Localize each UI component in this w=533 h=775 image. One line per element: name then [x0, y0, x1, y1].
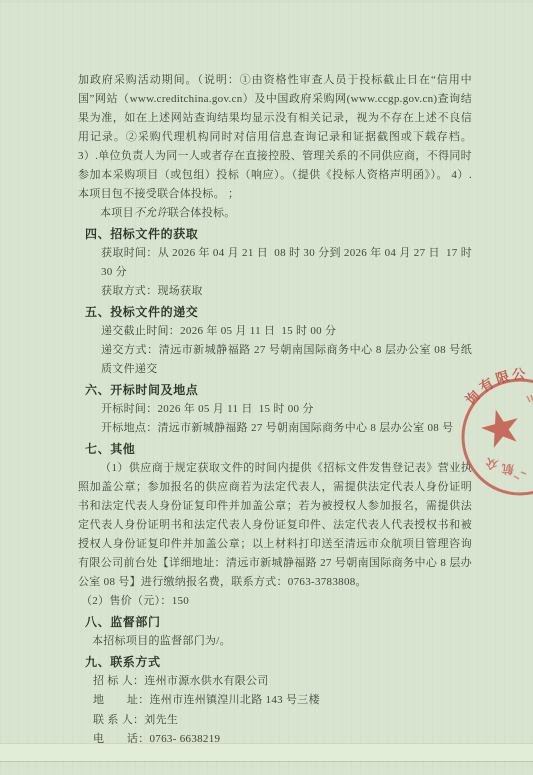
submit-method-line: 递交方式：清远市新城静福路 27 号朝南国际商务中心 8 层办公室 08 号纸质…: [101, 341, 472, 379]
note-suffix: 联合体投标。: [168, 207, 236, 219]
scanned-document-page: 加政府采购活动期间。（说明：①由资格性审查人员于投标截止日在“信用中国”网站（w…: [0, 0, 533, 775]
section-heading-bid-opening: 六、开标时间及地点: [85, 381, 472, 400]
seal-arc-char: 有: [476, 374, 496, 395]
seal-ring: [463, 380, 533, 494]
other-item-2-price: （2）售价（元）：150: [81, 592, 472, 611]
document-content: 加政府采购活动期间。（说明：①由资格性审查人员于投标截止日在“信用中国”网站（w…: [78, 71, 472, 750]
scan-artifact-band: [0, 743, 533, 762]
section-heading-supervision: 八、监督部门: [85, 613, 472, 632]
section-heading-other: 七、其他: [85, 440, 472, 459]
seal-bottom-char: 众: [484, 455, 500, 473]
obtain-method-line: 获取方式：现场获取: [101, 282, 472, 301]
seal-arc-char: 公: [511, 367, 526, 383]
seal-arc-char: 限: [494, 368, 512, 386]
section-heading-contact: 九、联系方式: [85, 653, 472, 672]
section-heading-document-obtain: 四、招标文件的获取: [85, 225, 472, 244]
submit-deadline-line: 递交截止时间：2026 年 05 月 11 日 15 时 00 分: [101, 322, 472, 341]
section-heading-bid-submission: 五、投标文件的递交: [85, 303, 472, 322]
obtain-time-line: 获取时间：从 2026 年 04 月 21 日 08 时 30 分到 2026 …: [101, 244, 472, 282]
note-prefix: 本项目: [100, 207, 134, 219]
seal-star-icon: [477, 405, 523, 450]
contact-person-line: 联 系 人：刘先生: [93, 711, 472, 730]
no-consortium-note: 本项目不允许联合体投标。: [78, 204, 472, 223]
opening-place-line: 开标地点：清远市新城静福路 27 号朝南国际商务中心 8 层办公室 08 号: [101, 419, 472, 438]
contact-address-line: 地 址：连州市连州镇湟川北路 143 号三楼: [93, 691, 472, 710]
note-emphasis: 不允许: [134, 207, 168, 219]
intro-paragraph: 加政府采购活动期间。（说明：①由资格性审查人员于投标截止日在“信用中国”网站（w…: [78, 71, 472, 204]
seal-bottom-char: 航: [501, 462, 514, 478]
supervision-line: 本招标项目的监督部门为/。: [92, 632, 472, 651]
opening-time-line: 开标时间：2026 年 05 月 11 日 15 时 00 分: [101, 400, 472, 419]
contact-bidder-line: 招 标 人：连州市源水供水有限公司: [93, 672, 472, 691]
other-item-1: （1）供应商于规定获取文件的时间内提供《招标文件发售登记表》营业执照加盖公章；参…: [78, 459, 472, 592]
